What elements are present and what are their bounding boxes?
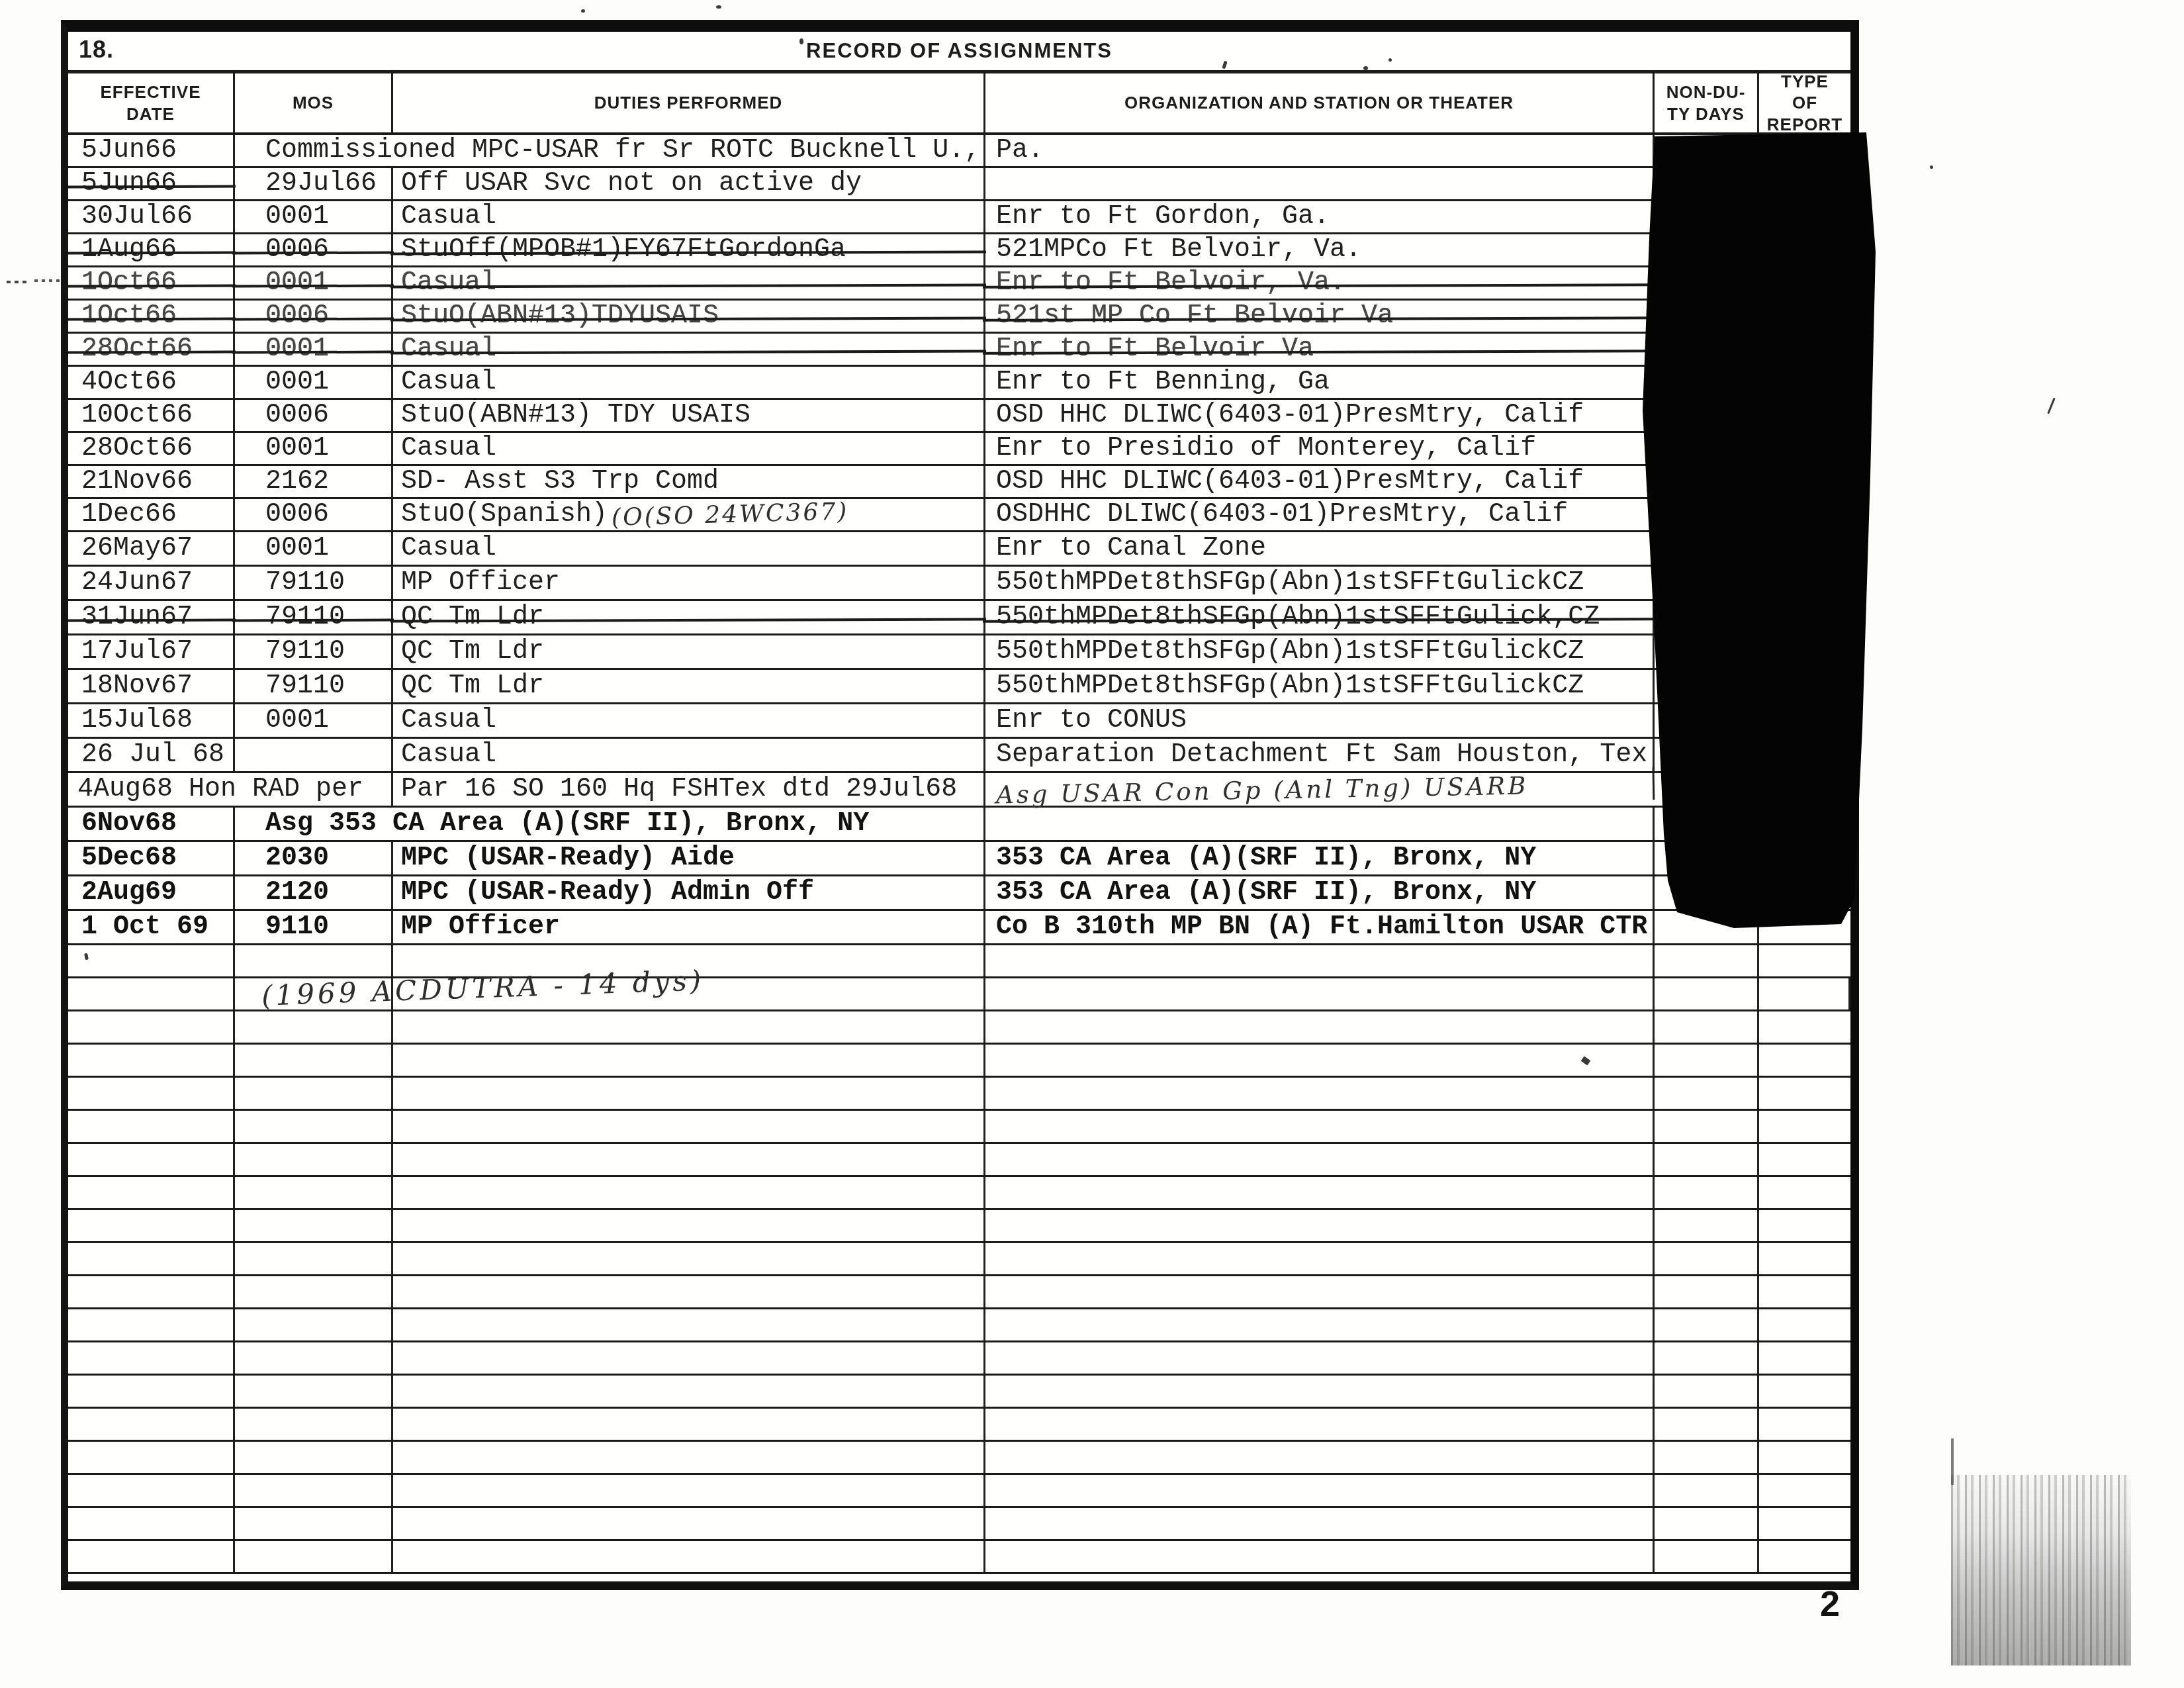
cell-effective-date	[68, 1409, 235, 1440]
table-row: (1969 ACDUTRA - 14 dys)	[68, 978, 1850, 1011]
cell-mos	[235, 1111, 393, 1142]
cell-mos: 79110	[235, 567, 393, 599]
cell-organization	[985, 1342, 1655, 1374]
cell-duties	[393, 1342, 985, 1374]
cell-duties	[393, 1210, 985, 1241]
cell-duties: Casual	[393, 367, 985, 398]
cell-mos	[235, 1376, 393, 1407]
cell-mos: 0001	[235, 433, 393, 464]
cell-non-duty-days	[1655, 1409, 1759, 1440]
cell-effective-date: 5Jun66	[68, 168, 235, 199]
cell-type-of-report	[1759, 1177, 1850, 1208]
table-row: 5Jun66Commissioned MPC-USAR fr Sr ROTC B…	[68, 135, 1850, 168]
cell-duties: Casual	[393, 334, 985, 365]
handwritten-annotation: (O(SO 24WC367)	[612, 500, 849, 530]
cell-effective-date	[68, 1210, 235, 1241]
cell-effective-date	[68, 1508, 235, 1539]
cell-organization	[985, 168, 1655, 199]
cell-organization	[985, 1011, 1655, 1043]
cell-mos	[235, 1541, 393, 1572]
cell-effective-date	[68, 1011, 235, 1043]
cell-duties: QC Tm Ldr	[393, 635, 985, 668]
table-row: 17Jul6779110QC Tm Ldr550thMPDet8thSFGp(A…	[68, 635, 1850, 670]
cell-organization	[985, 1243, 1655, 1274]
cell-mos	[235, 1442, 393, 1473]
table-title-bar: 18. RECORD OF ASSIGNMENTS	[68, 32, 1850, 73]
cell-organization	[985, 1045, 1655, 1076]
cell-organization: Enr to Ft Belvoir, Va.	[985, 267, 1655, 299]
cell-mos	[235, 1342, 393, 1374]
cell-effective-date: 10Oct66	[68, 400, 235, 431]
cell-effective-date: 17Jul67	[68, 635, 235, 668]
cell-mos: 2162	[235, 466, 393, 497]
table-row	[68, 1177, 1850, 1210]
cell-mos	[235, 1177, 393, 1208]
cell-spanning-date: 4Aug68 Hon RAD per	[68, 773, 393, 806]
cell-effective-date	[68, 1541, 235, 1572]
cell-organization: Enr to CONUS	[985, 704, 1655, 737]
table-row: 28Oct660001CasualEnr to Presidio of Mont…	[68, 433, 1850, 466]
table-row: 5Jun6629Jul66Off USAR Svc not on active …	[68, 168, 1850, 201]
cell-type-of-report	[1759, 1508, 1850, 1539]
table-row: 1Oct660006StuO(ABN#13)TDYUSAIS521st MP C…	[68, 301, 1850, 334]
noise-speck	[716, 5, 721, 9]
table-row	[68, 1243, 1850, 1276]
cell-organization: Enr to Ft Gordon, Ga.	[985, 201, 1655, 232]
table-row	[68, 1342, 1850, 1376]
cell-duties: MP Officer	[393, 911, 985, 943]
cell-duties: StuO(Spanish)(O(SO 24WC367)	[393, 499, 985, 530]
cell-type-of-report	[1759, 1045, 1850, 1076]
cell-organization: 550thMPDet8thSFGp(Abn)1stSFFtGulickCZ	[985, 670, 1655, 702]
cell-organization: Pa.	[985, 135, 1655, 166]
table-row	[68, 1541, 1850, 1574]
table-row: 4Oct660001CasualEnr to Ft Benning, Ga	[68, 367, 1850, 400]
cell-non-duty-days	[1655, 1342, 1759, 1374]
column-header-row: EFFECTIVE DATE MOS DUTIES PERFORMED ORGA…	[68, 73, 1850, 135]
cell-effective-date: 26May67	[68, 532, 235, 565]
cell-non-duty-days	[1655, 1144, 1759, 1175]
cell-organization: Asg USAR Con Gp (Anl Tng) USARB	[985, 767, 1655, 812]
cell-non-duty-days	[1655, 1045, 1759, 1076]
cell-mos: 2030	[235, 842, 393, 874]
cell-organization	[985, 1541, 1655, 1572]
cell-mos: 2120	[235, 876, 393, 909]
cell-duties: StuO(ABN#13) TDY USAIS	[393, 400, 985, 431]
cell-non-duty-days	[1655, 1111, 1759, 1142]
cell-mos: 0001	[235, 532, 393, 565]
cell-organization: Enr to Canal Zone	[985, 532, 1655, 565]
cell-duties	[393, 1376, 985, 1407]
column-header-effective-date: EFFECTIVE DATE	[68, 73, 235, 132]
cell-effective-date	[68, 1376, 235, 1407]
cell-organization	[985, 945, 1655, 976]
cell-type-of-report	[1759, 1276, 1850, 1307]
cell-effective-date	[68, 1144, 235, 1175]
table-row	[68, 945, 1850, 978]
cell-duties: Casual	[393, 267, 985, 299]
cell-type-of-report	[1759, 1144, 1850, 1175]
cell-duties	[393, 1144, 985, 1175]
cell-duties	[393, 1177, 985, 1208]
cell-non-duty-days	[1655, 1442, 1759, 1473]
cell-duties: Par 16 SO 160 Hq FSHTex dtd 29Jul68	[393, 773, 985, 806]
cell-effective-date: 1Aug66	[68, 234, 235, 265]
cell-duties: Casual	[393, 433, 985, 464]
cell-effective-date: 4Oct66	[68, 367, 235, 398]
table-row	[68, 1508, 1850, 1541]
cell-mos: 0001	[235, 367, 393, 398]
cell-type-of-report	[1759, 1409, 1850, 1440]
cell-organization	[985, 1475, 1655, 1506]
cell-duties: MPC (USAR-Ready) Admin Off	[393, 876, 985, 909]
cell-duties: Off USAR Svc not on active dy	[393, 168, 985, 199]
redaction-block	[1635, 132, 1881, 932]
table-row: 26May670001CasualEnr to Canal Zone	[68, 532, 1850, 567]
cell-duties	[393, 1475, 985, 1506]
page-number: 2	[1820, 1583, 1840, 1624]
table-row: 31Jun6779110QC Tm Ldr550thMPDet8thSFGp(A…	[68, 601, 1850, 635]
table-body: 5Jun66Commissioned MPC-USAR fr Sr ROTC B…	[68, 135, 1850, 1574]
table-row: 10Oct660006StuO(ABN#13) TDY USAISOSD HHC…	[68, 400, 1850, 433]
cell-mos: 79110	[235, 635, 393, 668]
cell-duties	[393, 1541, 985, 1572]
cell-mos	[235, 1243, 393, 1274]
table-row	[68, 1475, 1850, 1508]
cell-effective-date: 1Oct66	[68, 301, 235, 332]
cell-effective-date: 5Jun66	[68, 135, 235, 166]
cell-mos: 29Jul66	[235, 168, 393, 199]
cell-non-duty-days	[1655, 1177, 1759, 1208]
table-row: 1 Oct 699110MP OfficerCo B 310th MP BN (…	[68, 911, 1850, 945]
cell-duties: Casual	[393, 532, 985, 565]
cell-organization	[985, 1210, 1655, 1241]
table-row	[68, 1442, 1850, 1475]
cell-mos: 79110	[235, 670, 393, 702]
cell-mos	[235, 1276, 393, 1307]
section-number: 18.	[79, 36, 114, 64]
cell-organization	[985, 1177, 1655, 1208]
cell-mos	[235, 945, 393, 976]
cell-organization: OSDHHC DLIWC(6403-01)PresMtry, Calif	[985, 499, 1655, 530]
cell-organization: Enr to Presidio of Monterey, Calif	[985, 433, 1655, 464]
cell-mos	[235, 1144, 393, 1175]
cell-effective-date: 18Nov67	[68, 670, 235, 702]
cell-duties	[393, 1045, 985, 1076]
cell-effective-date	[68, 1243, 235, 1274]
cell-effective-date: 5Dec68	[68, 842, 235, 874]
cell-type-of-report	[1759, 1376, 1850, 1407]
cell-duties: MPC (USAR-Ready) Aide	[393, 842, 985, 874]
cell-duties: Casual	[393, 201, 985, 232]
cell-type-of-report	[1759, 1442, 1850, 1473]
cell-non-duty-days	[1655, 1210, 1759, 1241]
cell-mos: 0001	[235, 201, 393, 232]
cell-non-duty-days	[1655, 1376, 1759, 1407]
cell-duties	[393, 1508, 985, 1539]
table-row	[68, 1045, 1850, 1078]
cell-organization	[985, 1508, 1655, 1539]
cell-non-duty-days	[1655, 1078, 1759, 1109]
cell-organization	[985, 1376, 1655, 1407]
cell-effective-date	[68, 978, 235, 1009]
cell-mos: 9110	[235, 911, 393, 943]
cell-non-duty-days	[1655, 1508, 1759, 1539]
cell-organization: 550thMPDet8thSFGp(Abn)1stSFFtGulick,CZ	[985, 601, 1655, 633]
cell-effective-date	[68, 1309, 235, 1340]
cell-organization	[985, 978, 1655, 1009]
cell-mos: 0006	[235, 301, 393, 332]
cell-type-of-report	[1759, 1078, 1850, 1109]
table-row: 4Aug68 Hon RAD perPar 16 SO 160 Hq FSHTe…	[68, 773, 1850, 808]
cell-duties	[393, 1409, 985, 1440]
cell-effective-date: 6Nov68	[68, 808, 235, 840]
cell-non-duty-days	[1655, 1011, 1759, 1043]
cell-spanning-entry: Asg 353 CA Area (A)(SRF II), Bronx, NY	[235, 808, 985, 840]
table-row: 1Aug660006StuOff(MPOB#1)FY67FtGordonGa52…	[68, 234, 1850, 267]
noise-speck	[1388, 58, 1392, 62]
cell-mos	[235, 1045, 393, 1076]
cell-mos: 0001	[235, 334, 393, 365]
cell-mos	[235, 1475, 393, 1506]
table-row	[68, 1078, 1850, 1111]
cell-effective-date: 26 Jul 68	[68, 739, 235, 771]
cell-mos: 79110	[235, 601, 393, 633]
cell-effective-date	[68, 1442, 235, 1473]
cell-mos: 0001	[235, 704, 393, 737]
cell-non-duty-days	[1655, 1243, 1759, 1274]
cell-organization	[985, 1409, 1655, 1440]
noise-speck	[581, 9, 585, 13]
cell-duties: MP Officer	[393, 567, 985, 599]
cell-organization	[985, 1144, 1655, 1175]
cell-effective-date	[68, 1177, 235, 1208]
cell-type-of-report	[1759, 1111, 1850, 1142]
cell-effective-date: 1Oct66	[68, 267, 235, 299]
cell-type-of-report	[1759, 1011, 1850, 1043]
table-row: 24Jun6779110MP Officer550thMPDet8thSFGp(…	[68, 567, 1850, 601]
table-row	[68, 1011, 1850, 1045]
cell-type-of-report	[1759, 978, 1850, 1009]
cell-organization	[985, 1111, 1655, 1142]
table-row: 2Aug692120MPC (USAR-Ready) Admin Off353 …	[68, 876, 1850, 911]
cell-duties	[393, 1276, 985, 1307]
cell-duties	[393, 1309, 985, 1340]
cell-effective-date	[68, 1045, 235, 1076]
noise-speck	[1930, 165, 1933, 169]
cell-mos: 0006	[235, 499, 393, 530]
cell-organization	[985, 808, 1655, 840]
cell-organization	[985, 1442, 1655, 1473]
table-row	[68, 1111, 1850, 1144]
cell-effective-date	[68, 1475, 235, 1506]
cell-effective-date	[68, 1111, 235, 1142]
cell-duties	[393, 1442, 985, 1473]
cell-organization: Enr to Ft Belvoir Va	[985, 334, 1655, 365]
cell-duties	[393, 1243, 985, 1274]
cell-non-duty-days	[1655, 1475, 1759, 1506]
cell-organization: Co B 310th MP BN (A) Ft.Hamilton USAR CT…	[985, 911, 1655, 943]
cell-duties: Casual	[393, 704, 985, 737]
cell-duties: StuOff(MPOB#1)FY67FtGordonGa	[393, 234, 985, 265]
cell-duties: Casual	[393, 739, 985, 771]
cell-duties: SD- Asst S3 Trp Comd	[393, 466, 985, 497]
cell-type-of-report	[1759, 1342, 1850, 1374]
cell-effective-date	[68, 945, 235, 976]
record-of-assignments-table: 18. RECORD OF ASSIGNMENTS EFFECTIVE DATE…	[61, 20, 1859, 1590]
table-row: 21Nov662162SD- Asst S3 Trp ComdOSD HHC D…	[68, 466, 1850, 499]
table-row: 6Nov68Asg 353 CA Area (A)(SRF II), Bronx…	[68, 808, 1850, 842]
noise-speck	[2047, 397, 2056, 414]
cell-mos	[235, 1508, 393, 1539]
cell-non-duty-days	[1655, 1541, 1759, 1572]
cell-mos	[235, 1210, 393, 1241]
cell-effective-date: 1Dec66	[68, 499, 235, 530]
column-header-type-of-report: TYPE OF REPORT	[1759, 73, 1850, 132]
cell-effective-date	[68, 1342, 235, 1374]
cell-duties: QC Tm Ldr	[393, 670, 985, 702]
cell-mos	[235, 1409, 393, 1440]
cell-non-duty-days	[1655, 1276, 1759, 1307]
cell-mos: 0006	[235, 234, 393, 265]
cell-organization: 550thMPDet8thSFGp(Abn)1stSFFtGulickCZ	[985, 567, 1655, 599]
cell-type-of-report	[1759, 1475, 1850, 1506]
cell-organization	[985, 1309, 1655, 1340]
table-row: 15Jul680001CasualEnr to CONUS	[68, 704, 1850, 739]
table-row	[68, 1309, 1850, 1342]
column-header-non-duty-days: NON-DU- TY DAYS	[1655, 73, 1759, 132]
cell-effective-date: 28Oct66	[68, 433, 235, 464]
cell-effective-date	[68, 1276, 235, 1307]
column-header-organization: ORGANIZATION AND STATION OR THEATER	[985, 73, 1655, 132]
cell-non-duty-days	[1655, 945, 1759, 976]
noise-speck	[1363, 66, 1368, 70]
table-row	[68, 1276, 1850, 1309]
scanner-smudge	[1951, 1475, 2131, 1665]
cell-organization: 521st MP Co Ft Belvoir Va	[985, 301, 1655, 332]
cell-mos: 0001	[235, 267, 393, 299]
cell-mos: 0006	[235, 400, 393, 431]
column-header-duties-performed: DUTIES PERFORMED	[393, 73, 985, 132]
cell-duties	[393, 1011, 985, 1043]
cell-organization: 550thMPDet8thSFGp(Abn)1stSFFtGulickCZ	[985, 635, 1655, 668]
cell-organization: OSD HHC DLIWC(6403-01)PresMtry, Calif	[985, 400, 1655, 431]
scanned-document-page: 18. RECORD OF ASSIGNMENTS EFFECTIVE DATE…	[0, 0, 2184, 1688]
cell-organization: 353 CA Area (A)(SRF II), Bronx, NY	[985, 876, 1655, 909]
cell-effective-date: 1 Oct 69	[68, 911, 235, 943]
table-row	[68, 1210, 1850, 1243]
cell-duties	[393, 1078, 985, 1109]
table-row: 18Nov6779110QC Tm Ldr550thMPDet8thSFGp(A…	[68, 670, 1850, 704]
table-row: 30Jul660001CasualEnr to Ft Gordon, Ga.	[68, 201, 1850, 234]
cell-organization: Separation Detachment Ft Sam Houston, Te…	[985, 739, 1655, 771]
noise-speck	[34, 279, 61, 282]
cell-effective-date: 21Nov66	[68, 466, 235, 497]
cell-organization: 353 CA Area (A)(SRF II), Bronx, NY	[985, 842, 1655, 874]
cell-organization: Enr to Ft Benning, Ga	[985, 367, 1655, 398]
cell-duties	[393, 1111, 985, 1142]
cell-type-of-report	[1759, 1210, 1850, 1241]
table-row: 1Oct660001CasualEnr to Ft Belvoir, Va.	[68, 267, 1850, 301]
noise-speck	[799, 38, 803, 44]
cell-effective-date: 28Oct66	[68, 334, 235, 365]
cell-effective-date: 31Jun67	[68, 601, 235, 633]
cell-organization	[985, 1276, 1655, 1307]
cell-mos	[235, 1309, 393, 1340]
cell-mos	[235, 739, 393, 771]
table-row: 5Dec682030MPC (USAR-Ready) Aide353 CA Ar…	[68, 842, 1850, 876]
cell-non-duty-days	[1655, 978, 1759, 1009]
cell-effective-date: 15Jul68	[68, 704, 235, 737]
cell-non-duty-days	[1655, 1309, 1759, 1340]
table-row	[68, 1376, 1850, 1409]
table-row: 28Oct660001CasualEnr to Ft Belvoir Va	[68, 334, 1850, 367]
table-row	[68, 1144, 1850, 1177]
table-row: 1Dec660006StuO(Spanish)(O(SO 24WC367)OSD…	[68, 499, 1850, 532]
cell-type-of-report	[1759, 945, 1850, 976]
cell-type-of-report	[1759, 1541, 1850, 1572]
cell-organization: 521MPCo Ft Belvoir, Va.	[985, 234, 1655, 265]
cell-type-of-report	[1759, 1243, 1850, 1274]
document-title: RECORD OF ASSIGNMENTS	[806, 39, 1113, 63]
cell-type-of-report	[1759, 1309, 1850, 1340]
noise-speck	[7, 281, 29, 283]
cell-mos	[235, 1011, 393, 1043]
cell-duties: StuO(ABN#13)TDYUSAIS	[393, 301, 985, 332]
cell-organization	[985, 1078, 1655, 1109]
cell-effective-date	[68, 1078, 235, 1109]
cell-effective-date: 24Jun67	[68, 567, 235, 599]
cell-spanning-entry: Commissioned MPC-USAR fr Sr ROTC Bucknel…	[235, 135, 985, 166]
cell-effective-date: 2Aug69	[68, 876, 235, 909]
cell-duties: QC Tm Ldr	[393, 601, 985, 633]
cell-mos	[235, 1078, 393, 1109]
table-row	[68, 1409, 1850, 1442]
column-header-mos: MOS	[235, 73, 393, 132]
cell-effective-date: 30Jul66	[68, 201, 235, 232]
cell-organization: OSD HHC DLIWC(6403-01)PresMtry, Calif	[985, 466, 1655, 497]
